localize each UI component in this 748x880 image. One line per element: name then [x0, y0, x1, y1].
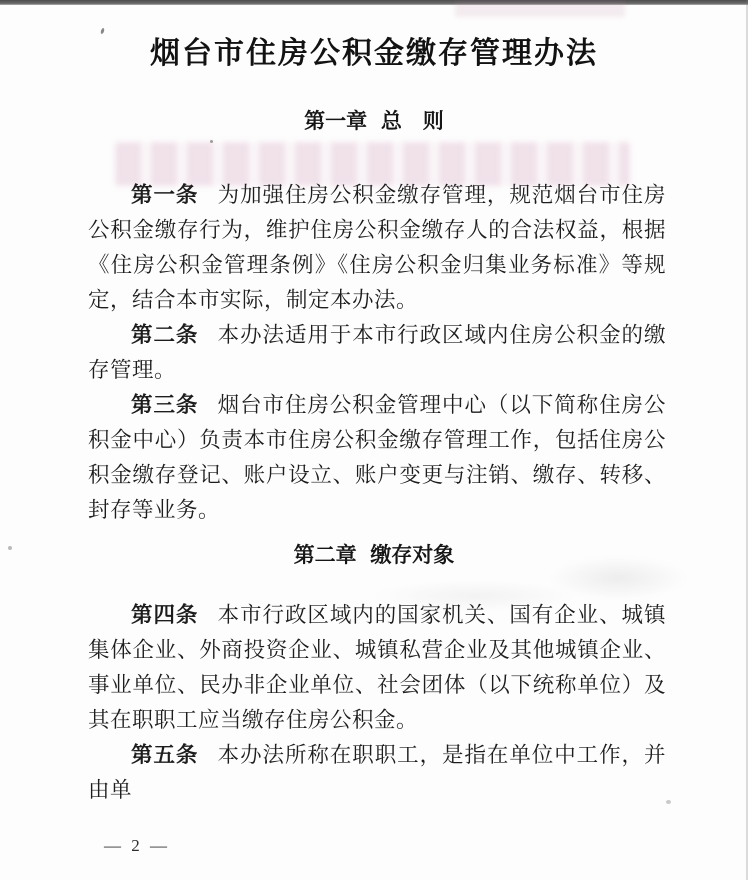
scanned-document-page: { "page": { "title": "烟台市住房公积金缴存管理办法", "… [0, 0, 748, 880]
article-3-label: 第三条 [131, 393, 198, 417]
document-title: 烟台市住房公积金缴存管理办法 [0, 28, 748, 72]
scan-speck [210, 140, 213, 143]
article-3: 第三条烟台市住房公积金管理中心（以下简称住房公积金中心）负责本市住房公积金缴存管… [88, 388, 666, 528]
chapter-1-heading: 第一章总 则 [0, 105, 748, 135]
chapter-2-heading: 第二章缴存对象 [0, 539, 748, 569]
article-1: 第一条为加强住房公积金缴存管理，规范烟台市住房公积金缴存行为，维护住房公积金缴存… [88, 178, 666, 318]
scan-speck [666, 800, 671, 804]
article-2-label: 第二条 [131, 323, 198, 347]
scan-top-edge [0, 0, 748, 5]
chapter-2-body: 第四条本市行政区域内的国家机关、国有企业、城镇集体企业、外商投资企业、城镇私营企… [88, 598, 666, 808]
article-4: 第四条本市行政区域内的国家机关、国有企业、城镇集体企业、外商投资企业、城镇私营企… [88, 598, 666, 738]
article-1-label: 第一条 [131, 183, 198, 207]
article-5-label: 第五条 [131, 743, 198, 767]
chapter-1-number: 第一章 [304, 110, 367, 133]
chapter-1-body: 第一条为加强住房公积金缴存管理，规范烟台市住房公积金缴存行为，维护住房公积金缴存… [88, 178, 666, 528]
page-number: — 2 — [104, 836, 170, 856]
chapter-2-number: 第二章 [294, 544, 357, 567]
chapter-2-title: 缴存对象 [370, 544, 454, 567]
chapter-1-title: 总 则 [381, 110, 444, 133]
article-5: 第五条本办法所称在职职工，是指在单位中工作，并由单 [88, 738, 666, 808]
article-4-label: 第四条 [131, 603, 198, 627]
article-2: 第二条本办法适用于本市行政区域内住房公积金的缴存管理。 [88, 318, 666, 388]
